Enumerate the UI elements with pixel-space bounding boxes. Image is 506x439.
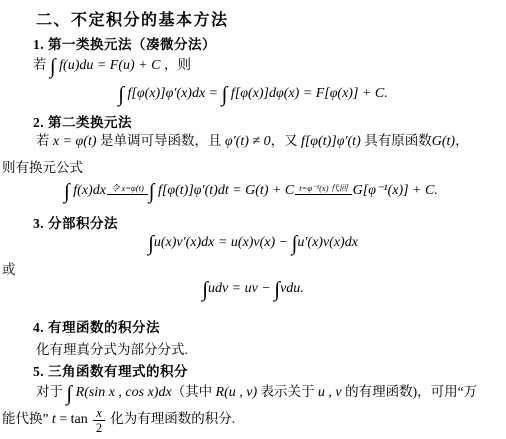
cjk-text: 能代换”	[2, 411, 52, 426]
section-2-intro-cont: 则有换元公式	[2, 156, 83, 176]
math-segment: f[φ(t)]φ′(t)dt = G(t) + C	[155, 183, 295, 198]
cjk-text: 若	[36, 133, 53, 148]
cjk-text: 化为有理函数的积分.	[107, 411, 235, 426]
cjk-text: 具有原函数	[364, 133, 432, 148]
document-page: 二、不定积分的基本方法 1. 第一类换元法（凑微分法） 若 ∫ f(u)du =…	[0, 0, 506, 439]
section-2-heading: 2. 第二类换元法	[33, 111, 132, 131]
math-segment: udv = uv −	[208, 281, 274, 296]
math-segment: f[φ(x)]dφ(x) = F[φ(x)] + C.	[227, 86, 387, 101]
cjk-text: 表示关于	[257, 384, 318, 399]
cjk-text: 若	[33, 57, 50, 72]
cjk-text: 对于	[36, 384, 66, 399]
math-segment: = tan	[56, 412, 92, 427]
section-3-formula-2: ∫udv = uv − ∫vdu.	[0, 274, 506, 303]
substitution-note: t=φ⁻¹(x) 代回	[295, 183, 351, 195]
section-1-heading: 1. 第一类换元法（凑微分法）	[33, 33, 216, 53]
page-title: 二、不定积分的基本方法	[36, 7, 229, 30]
math-segment: f[φ(x)]φ′(x)dx =	[124, 86, 222, 101]
cjk-text: 的有理函数)，可用“万	[345, 384, 477, 399]
fraction-denominator: 2	[93, 421, 105, 435]
substitution-annotation: 令 x=φ(t)	[107, 178, 148, 196]
cjk-text: 是单调可导函数，且	[100, 133, 225, 148]
section-1-formula: ∫ f[φ(x)]φ′(x)dx = ∫ f[φ(x)]dφ(x) = F[φ(…	[0, 79, 506, 108]
math-segment: f(x)dx	[70, 183, 106, 198]
math-segment: u , v	[318, 385, 345, 400]
math-segment: vdu.	[280, 281, 304, 296]
section-5-heading: 5. 三角函数有理式的积分	[33, 360, 188, 380]
math-segment: f(u)du = F(u) + C	[56, 58, 164, 73]
section-2-formula: ∫ f(x)dx令 x=φ(t)∫ f[φ(t)]φ′(t)dt = G(t) …	[64, 174, 438, 207]
section-5-body-cont: 能代换” t = tan x2 化为有理函数的积分.	[2, 402, 235, 437]
math-segment: u′(x)v(x)dx	[297, 235, 358, 250]
cjk-text: （其中	[172, 384, 216, 399]
math-segment: G[φ⁻¹(x)] + C.	[353, 183, 438, 198]
cjk-text: ，则	[164, 57, 191, 72]
fraction: x2	[93, 407, 105, 435]
math-segment: φ′(t) ≠ 0	[225, 134, 271, 149]
math-segment: G(t)	[432, 134, 455, 149]
math-segment: R(u , v)	[216, 385, 258, 400]
cjk-text: ，又	[271, 133, 301, 148]
section-4-heading: 4. 有理函数的积分法	[33, 316, 160, 336]
substitution-note: 令 x=φ(t)	[107, 183, 148, 195]
section-2-intro: 若 x = φ(t) 是单调可导函数，且 φ′(t) ≠ 0，又 f[φ(t)]…	[36, 130, 469, 153]
substitution-annotation: t=φ⁻¹(x) 代回	[295, 178, 351, 196]
math-segment: u(x)v′(x)dx = u(x)v(x) −	[154, 235, 292, 250]
fraction-numerator: x	[93, 407, 105, 421]
section-3-formula-1: ∫u(x)v′(x)dx = u(x)v(x) − ∫u′(x)v(x)dx	[0, 228, 506, 257]
math-segment: x = φ(t)	[53, 134, 100, 149]
section-1-intro: 若 ∫ f(u)du = F(u) + C ，则	[33, 52, 191, 79]
cjk-text: ，	[455, 133, 469, 148]
section-4-body: 化有理真分式为部分分式.	[36, 338, 188, 358]
math-segment: R(sin x , cos x)dx	[72, 385, 172, 400]
math-segment: f[φ(t)]φ′(t)	[301, 134, 364, 149]
